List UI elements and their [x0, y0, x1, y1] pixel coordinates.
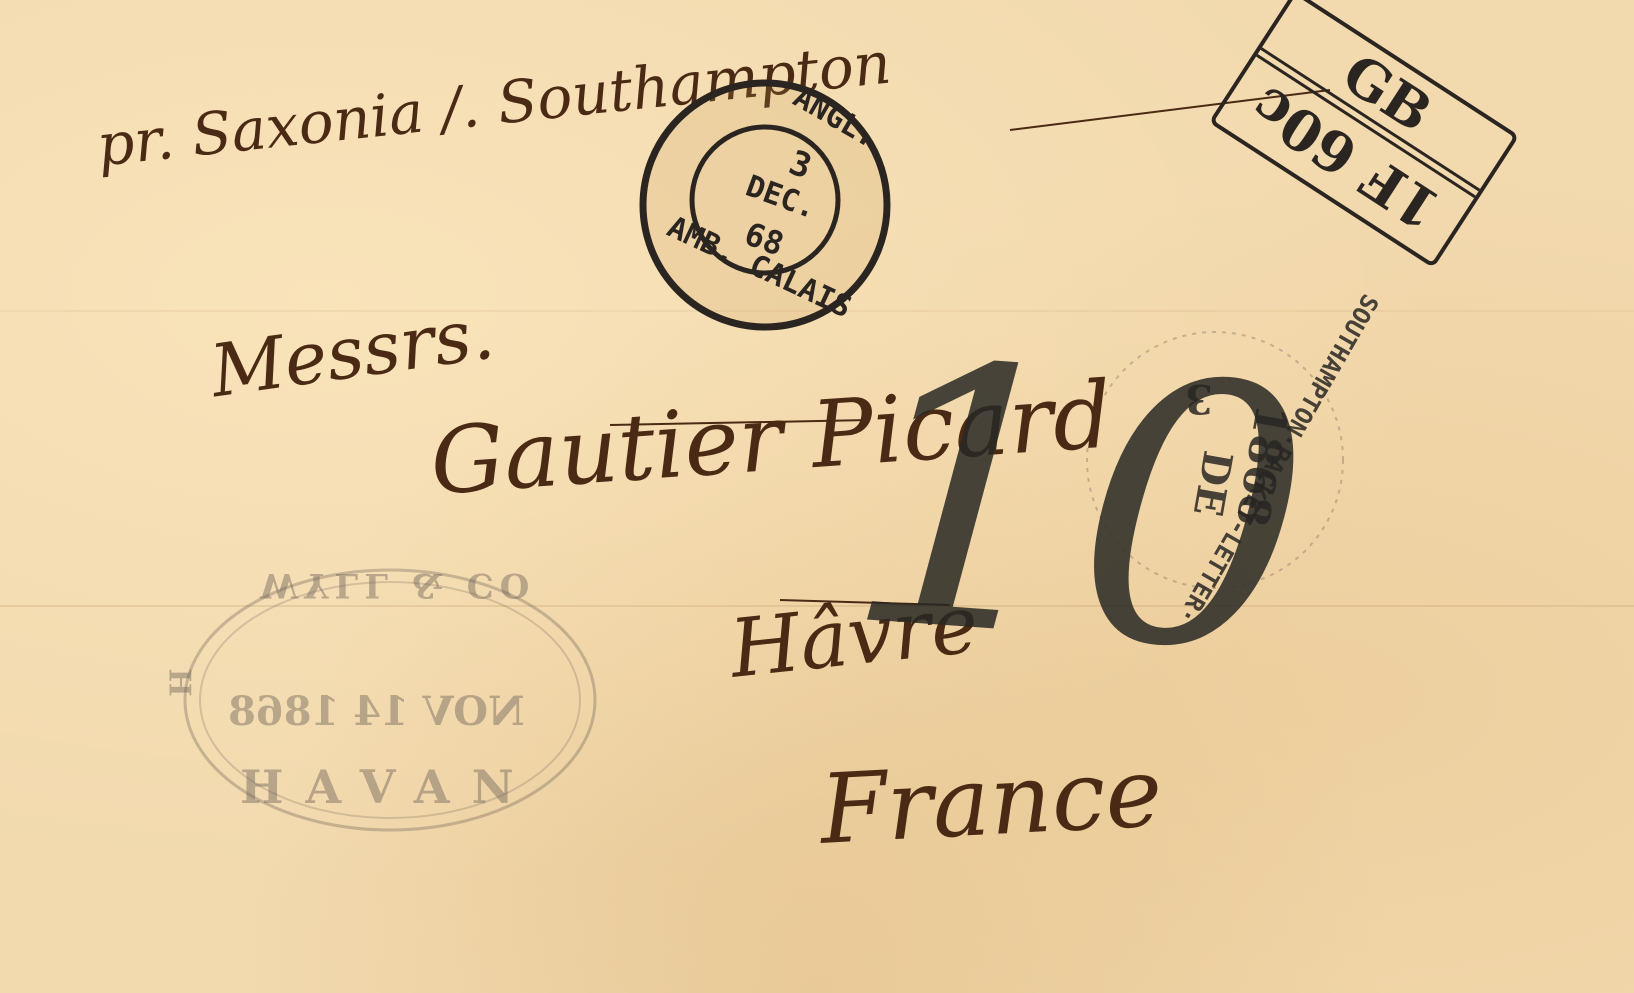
forwarder-oval-top: WYLL & CO	[260, 565, 535, 605]
forwarder-oval-side: H	[162, 668, 197, 696]
forwarder-oval-ring	[0, 0, 1634, 993]
forwarder-oval-date: NOV 14 1868	[228, 688, 525, 735]
forwarder-oval-bottom: HAVAN	[240, 760, 536, 814]
letter-cover: pr. Saxonia /. Southampton Messrs. Gauti…	[0, 0, 1634, 993]
